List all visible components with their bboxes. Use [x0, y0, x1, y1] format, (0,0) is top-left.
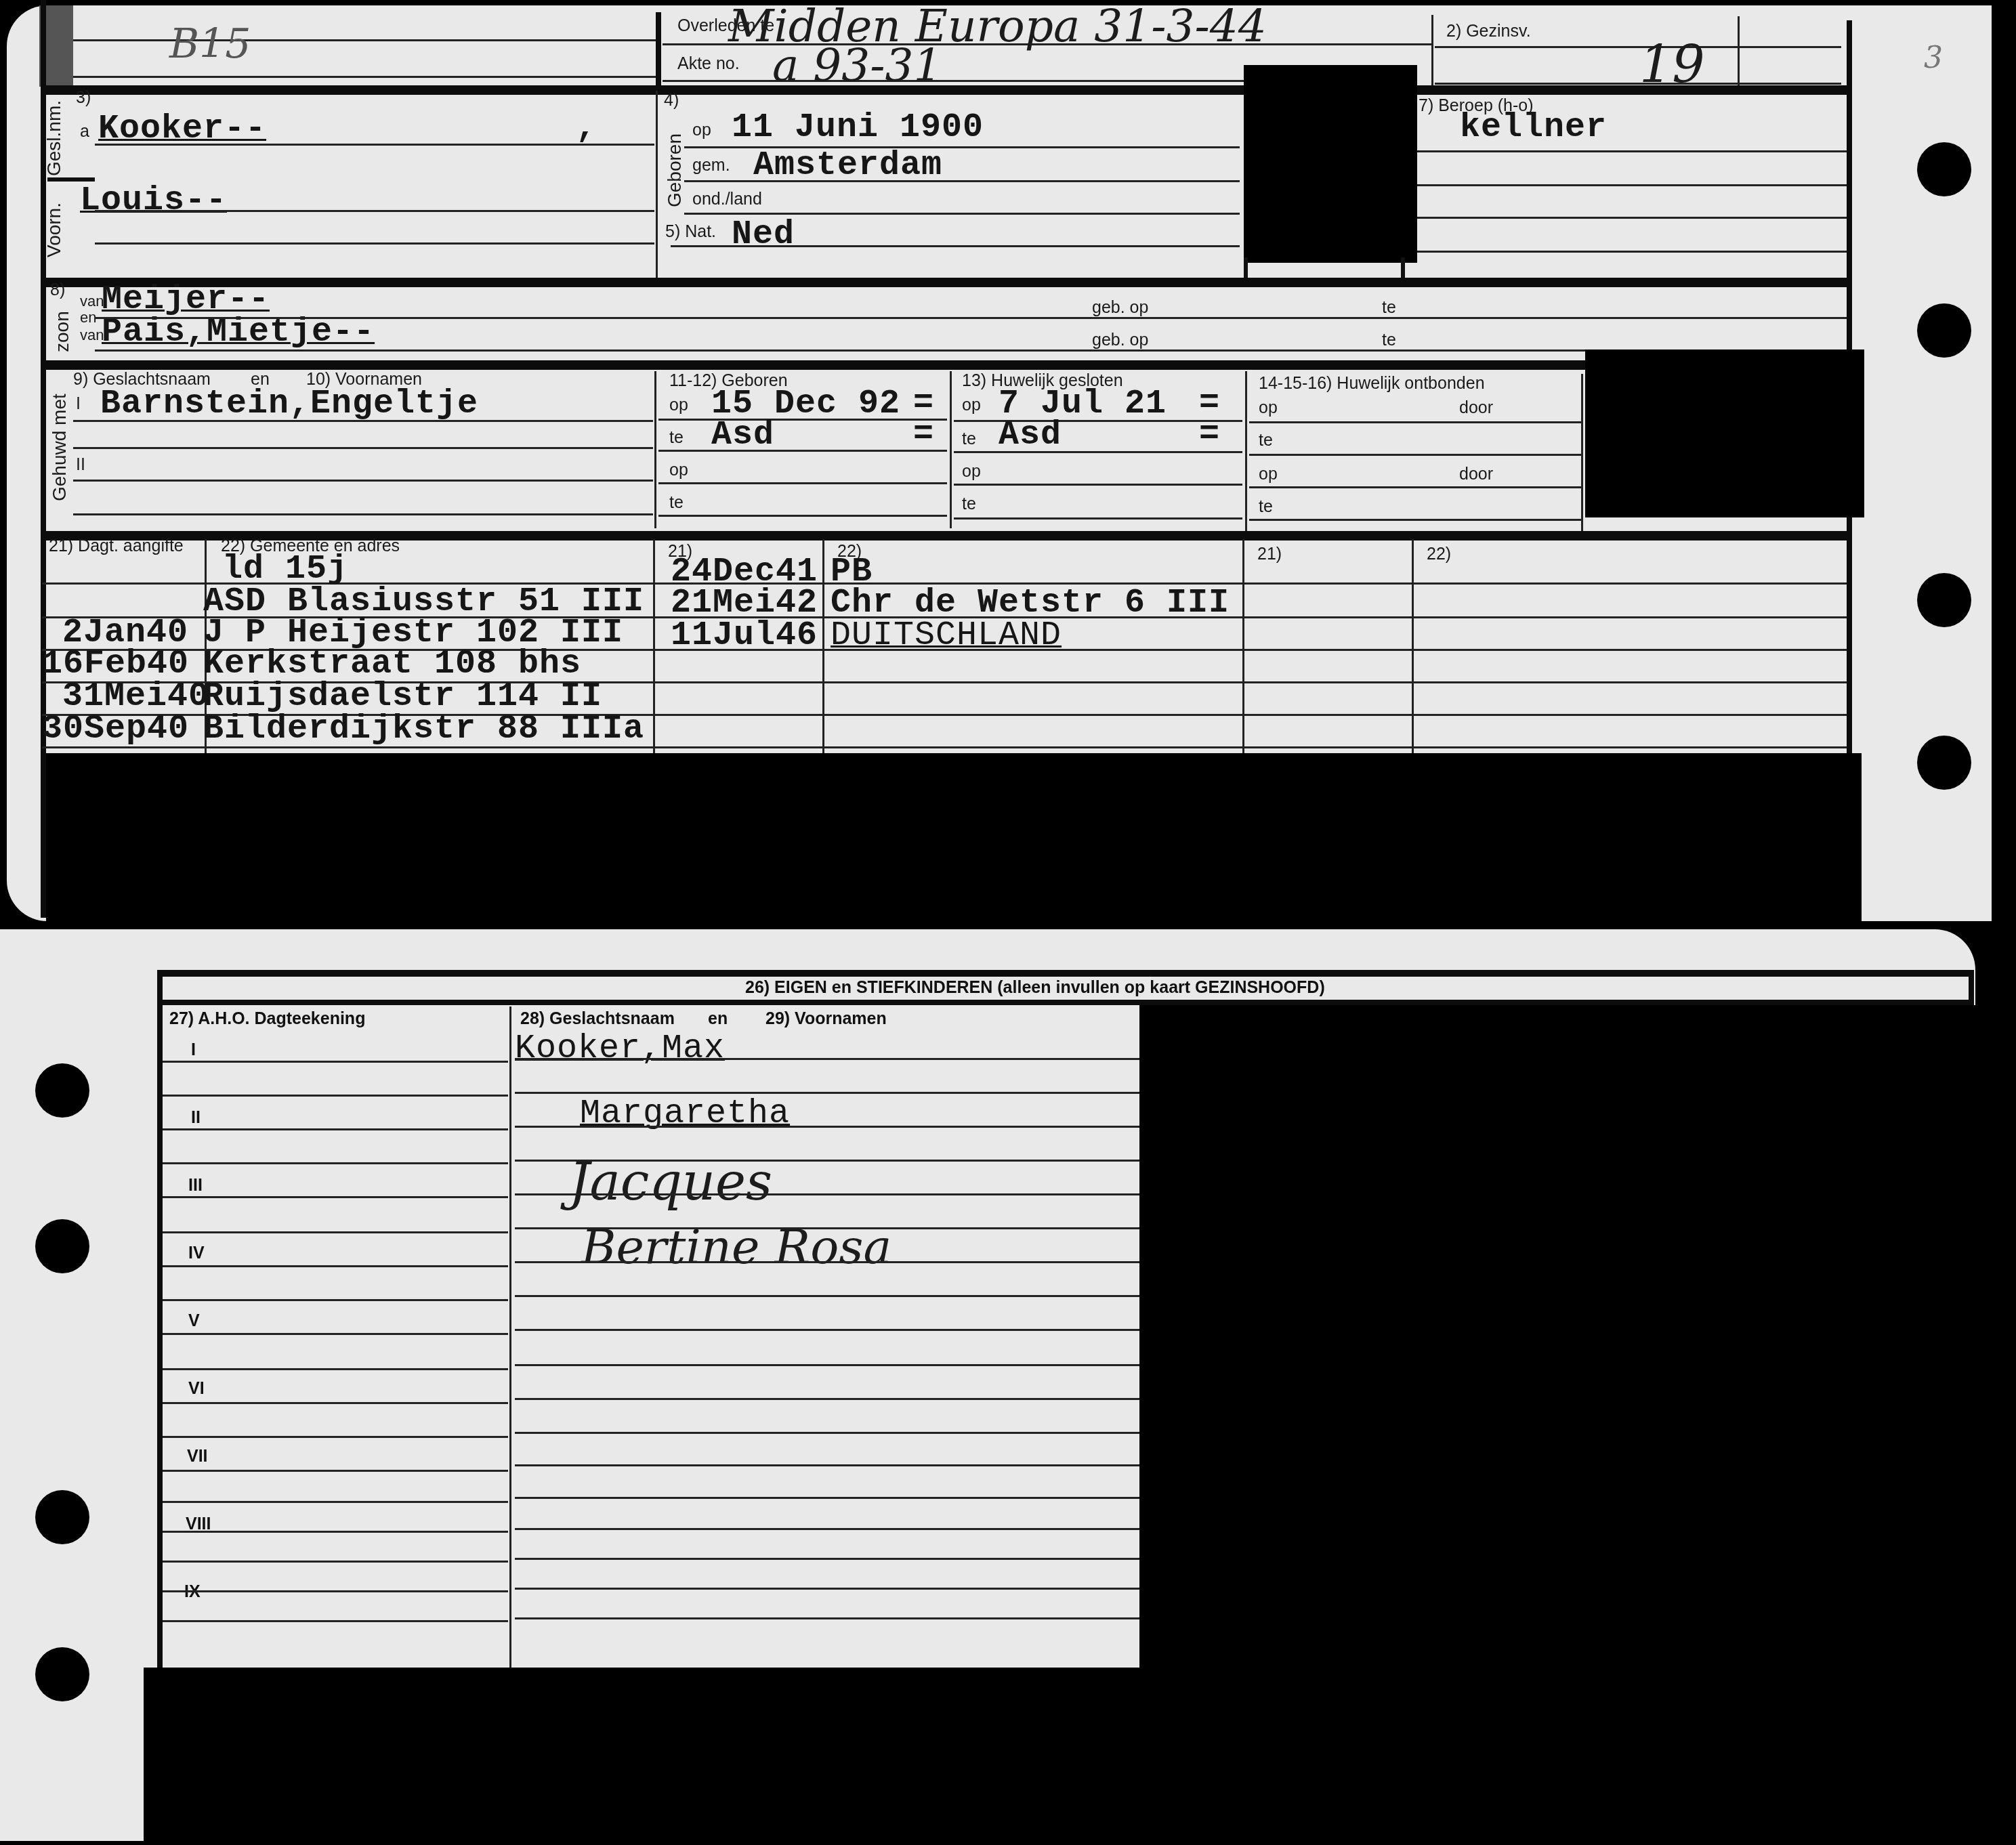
divider-gezinsv-2 — [1738, 16, 1740, 91]
addr-col6-header: 22) — [1427, 545, 1451, 564]
children-col2-header-en: en — [708, 1009, 728, 1029]
surname-comma: , — [576, 108, 597, 147]
father-te-label: te — [1382, 298, 1396, 318]
nationality-value: Ned — [732, 215, 795, 254]
divider-marriage — [950, 371, 952, 528]
child-rule-l-9 — [163, 1333, 508, 1335]
child-rule-r-12 — [515, 1432, 1139, 1434]
punch-hole-6 — [35, 1219, 89, 1273]
divider-gezinsv — [1431, 15, 1433, 89]
punch-hole-8 — [35, 1647, 89, 1701]
gezinsv-rule-1 — [1435, 46, 1841, 48]
punch-hole-2 — [1917, 303, 1971, 358]
rule-section-3 — [42, 360, 1851, 370]
child-rule-r-13 — [515, 1464, 1139, 1466]
addr-divider-2 — [653, 539, 655, 753]
divider-redact-left — [1244, 257, 1248, 280]
child-rule-r-18 — [515, 1617, 1139, 1619]
surname-rule — [95, 144, 654, 146]
children-col2-header-surname: 28) Geslachtsnaam — [520, 1009, 675, 1029]
lower-form-left-border — [157, 970, 163, 1674]
divider-name-birth — [656, 91, 658, 278]
nationality-rule — [671, 245, 1240, 247]
birth-ond-label: ond./land — [692, 190, 762, 209]
occupation-rule-4 — [1417, 251, 1847, 253]
spouse-II-rule — [73, 480, 653, 482]
lower-form-right-border — [1969, 970, 1974, 1005]
children-section-title: 26) EIGEN en STIEFKINDEREN (alleen invul… — [745, 978, 1325, 998]
divider-redact-right — [1401, 257, 1405, 280]
dissolved-te2-label: te — [1259, 497, 1273, 517]
child-rule-r-8 — [515, 1295, 1139, 1297]
dissolved-op-label: op — [1259, 398, 1278, 418]
child-rule-l-18 — [163, 1620, 508, 1622]
addr-mid-row-3-date: 11Jul46 — [671, 616, 818, 655]
child-rule-l-4 — [163, 1162, 508, 1164]
child-rule-l-14 — [163, 1501, 508, 1503]
mother-geb-op-label: geb. op — [1092, 331, 1148, 350]
card-number: B15 — [169, 20, 251, 68]
akte-rule — [663, 80, 1245, 82]
lower-rule-header — [157, 1000, 1973, 1005]
dissolved-door-label: door — [1459, 398, 1493, 418]
firstnames-rule — [95, 210, 654, 212]
child-rule-r-16 — [515, 1558, 1139, 1560]
spouse-born-te2-label: te — [669, 493, 684, 513]
spouse-born-place: Asd — [711, 416, 774, 454]
occupation-rule-3 — [1417, 217, 1847, 219]
akte-label: Akte no. — [677, 54, 740, 74]
child-row-1-name: Kooker,Max — [515, 1030, 725, 1068]
side-label-firstnames: Voorn. — [43, 203, 65, 257]
spouse-born-op2-label: op — [669, 461, 688, 480]
lower-rule-top — [157, 970, 1973, 977]
spouse-born-op-label: op — [669, 396, 688, 415]
field-8-number: 8) — [50, 280, 65, 300]
spouse-I-rule-2 — [73, 447, 653, 449]
child-rule-r-2 — [515, 1092, 1139, 1094]
child-rule-l-10 — [163, 1368, 508, 1370]
spouse-born-te-label: te — [669, 428, 684, 448]
en-label: en — [80, 309, 96, 326]
spouse-born-te-rule — [658, 450, 947, 452]
child-rule-r-11 — [515, 1398, 1139, 1400]
father-rule — [95, 317, 1847, 319]
redaction-block-4 — [1139, 1005, 1975, 1845]
side-label-gehuwd: Gehuwd met — [49, 394, 70, 501]
akte-value: a 93-31 — [772, 39, 942, 91]
spouse-II-rule-2 — [73, 513, 653, 515]
top-rule-1 — [73, 39, 656, 41]
birth-date-value: 11 Juni 1900 — [732, 108, 984, 147]
redaction-block-2 — [1585, 349, 1864, 517]
surname-value: Kooker-- — [98, 110, 266, 148]
dissolved-door2-label: door — [1459, 465, 1493, 484]
side-label-surname: Gesl.nm. — [43, 100, 65, 176]
top-rule-2 — [73, 76, 656, 78]
divider-born — [654, 371, 656, 528]
child-rule-r-7 — [515, 1261, 1139, 1263]
child-rule-l-16 — [163, 1561, 508, 1563]
redaction-block-5 — [144, 1668, 1146, 1845]
addr-row-6-address: Bilderdijkstr 88 IIIa — [203, 710, 644, 748]
punch-hole-1 — [1917, 142, 1971, 196]
child-row-3-numeral: III — [188, 1176, 203, 1195]
mother-rule — [95, 349, 1847, 352]
birth-gem-rule — [684, 180, 1240, 182]
marriage-op2-rule — [954, 484, 1242, 486]
child-row-7-numeral: VII — [187, 1447, 208, 1466]
marriage-te2-rule — [954, 517, 1242, 519]
child-rule-r-3 — [515, 1126, 1139, 1128]
field-4-number: 4) — [664, 91, 679, 110]
child-rule-l-1 — [163, 1061, 508, 1063]
spouse-born-op-rule — [658, 419, 947, 421]
child-rule-l-7 — [163, 1265, 508, 1267]
spouse-I-label: I — [76, 394, 81, 414]
child-rule-l-11 — [163, 1402, 508, 1404]
mother-te-label: te — [1382, 331, 1396, 350]
marriage-te2-label: te — [962, 494, 976, 514]
dissolved-te-label: te — [1259, 431, 1273, 450]
marriage-ditto-2: = — [1199, 416, 1220, 454]
corner-mark: 3 — [1924, 41, 1943, 75]
spouse-I-rule — [73, 420, 653, 422]
divider-dissolved — [1245, 371, 1247, 531]
addr-divider-3 — [822, 539, 824, 753]
occupation-value: kellner — [1460, 108, 1607, 147]
occupation-rule-2 — [1417, 184, 1847, 186]
child-rule-l-2 — [163, 1095, 508, 1097]
dissolved-op-rule — [1249, 421, 1581, 423]
marriage-place: Asd — [999, 416, 1062, 454]
child-row-2-numeral: II — [191, 1108, 201, 1128]
spouse-born-ditto-2: = — [913, 416, 934, 454]
dissolved-te-rule — [1249, 454, 1581, 456]
dissolved-header: 14-15-16) Huwelijk ontbonden — [1259, 374, 1485, 394]
addr-row-6-date: 30Sep40 — [42, 710, 189, 748]
child-row-6-numeral: VI — [188, 1379, 205, 1399]
child-row-1-numeral: I — [191, 1040, 196, 1060]
child-rule-l-17 — [163, 1590, 508, 1592]
addr-divider-5 — [1412, 539, 1414, 753]
child-rule-l-15 — [163, 1531, 508, 1533]
marriage-te-rule — [954, 451, 1242, 453]
side-label-geboren: Geboren — [664, 133, 686, 207]
child-rule-l-13 — [163, 1470, 508, 1472]
child-rule-l-5 — [163, 1196, 508, 1198]
rule-section-2 — [42, 278, 1851, 287]
side-label-zoon: zoon — [51, 311, 73, 352]
children-divider — [509, 1006, 511, 1674]
marriage-te-label: te — [962, 429, 976, 449]
dissolved-te2-rule — [1249, 519, 1581, 521]
birth-place-value: Amsterdam — [753, 146, 942, 185]
addr-col5-header: 21) — [1257, 545, 1282, 564]
child-rule-r-17 — [515, 1588, 1139, 1590]
child-rule-r-9 — [515, 1329, 1139, 1331]
occupation-rule-1 — [1417, 150, 1847, 152]
addr-mid-row-3-address: DUITSCHLAND — [831, 616, 1062, 655]
child-row-4-numeral: IV — [188, 1244, 205, 1263]
divider-overleden — [656, 12, 661, 87]
punch-hole-3 — [1917, 573, 1971, 627]
rule-section-1 — [42, 85, 1851, 95]
divider-dissolved-right — [1581, 374, 1583, 531]
child-rule-r-10 — [515, 1364, 1139, 1366]
van-label-2: van — [80, 326, 104, 344]
addr-col1-header: 21) Dagt. aangifte — [49, 536, 184, 556]
birth-op-label: op — [692, 121, 711, 140]
dissolved-op2-label: op — [1259, 465, 1278, 484]
gezinsv-label: 2) Gezinsv. — [1446, 22, 1531, 41]
van-label-1: van — [80, 293, 104, 310]
addr-divider-4 — [1242, 539, 1244, 753]
firstnames-value: Louis-- — [80, 182, 227, 220]
child-rule-r-14 — [515, 1497, 1139, 1499]
child-rule-r-15 — [515, 1528, 1139, 1530]
child-rule-l-6 — [163, 1231, 508, 1233]
child-rule-r-5 — [515, 1193, 1139, 1195]
redaction-block-1 — [1244, 65, 1417, 263]
punch-hole-5 — [35, 1063, 89, 1118]
firstnames-rule-2 — [95, 242, 654, 245]
child-row-5-numeral: V — [188, 1311, 200, 1331]
dissolved-op2-rule — [1249, 486, 1581, 488]
nationality-label: 5) Nat. — [665, 222, 716, 242]
spouse-born-op2-rule — [658, 482, 947, 484]
redaction-block-3 — [46, 753, 1862, 922]
spouse-born-te2-rule — [658, 515, 947, 517]
child-rule-r-1 — [515, 1058, 1139, 1060]
punch-hole-7 — [35, 1490, 89, 1544]
surname-prefix: a — [80, 122, 89, 142]
father-geb-op-label: geb. op — [1092, 298, 1148, 318]
marriage-op2-label: op — [962, 462, 981, 482]
field-3-number: 3) — [76, 88, 91, 108]
child-rule-r-4 — [515, 1160, 1139, 1162]
children-col1-header: 27) A.H.O. Dagteekening — [169, 1009, 365, 1029]
punch-hole-4 — [1917, 736, 1971, 790]
child-rule-r-6 — [515, 1227, 1139, 1229]
spouse-I-value: Barnstein,Engeltje — [100, 385, 478, 423]
child-rule-l-3 — [163, 1128, 508, 1130]
child-rule-l-12 — [163, 1436, 508, 1438]
child-rule-l-8 — [163, 1299, 508, 1301]
spouse-II-label: II — [76, 455, 85, 475]
birth-gem-label: gem. — [692, 156, 730, 175]
birth-ond-rule — [684, 213, 1240, 215]
children-col2-header-first: 29) Voornamen — [765, 1009, 887, 1029]
gezinsv-rule-2 — [1435, 83, 1841, 85]
marriage-op-label: op — [962, 396, 981, 415]
